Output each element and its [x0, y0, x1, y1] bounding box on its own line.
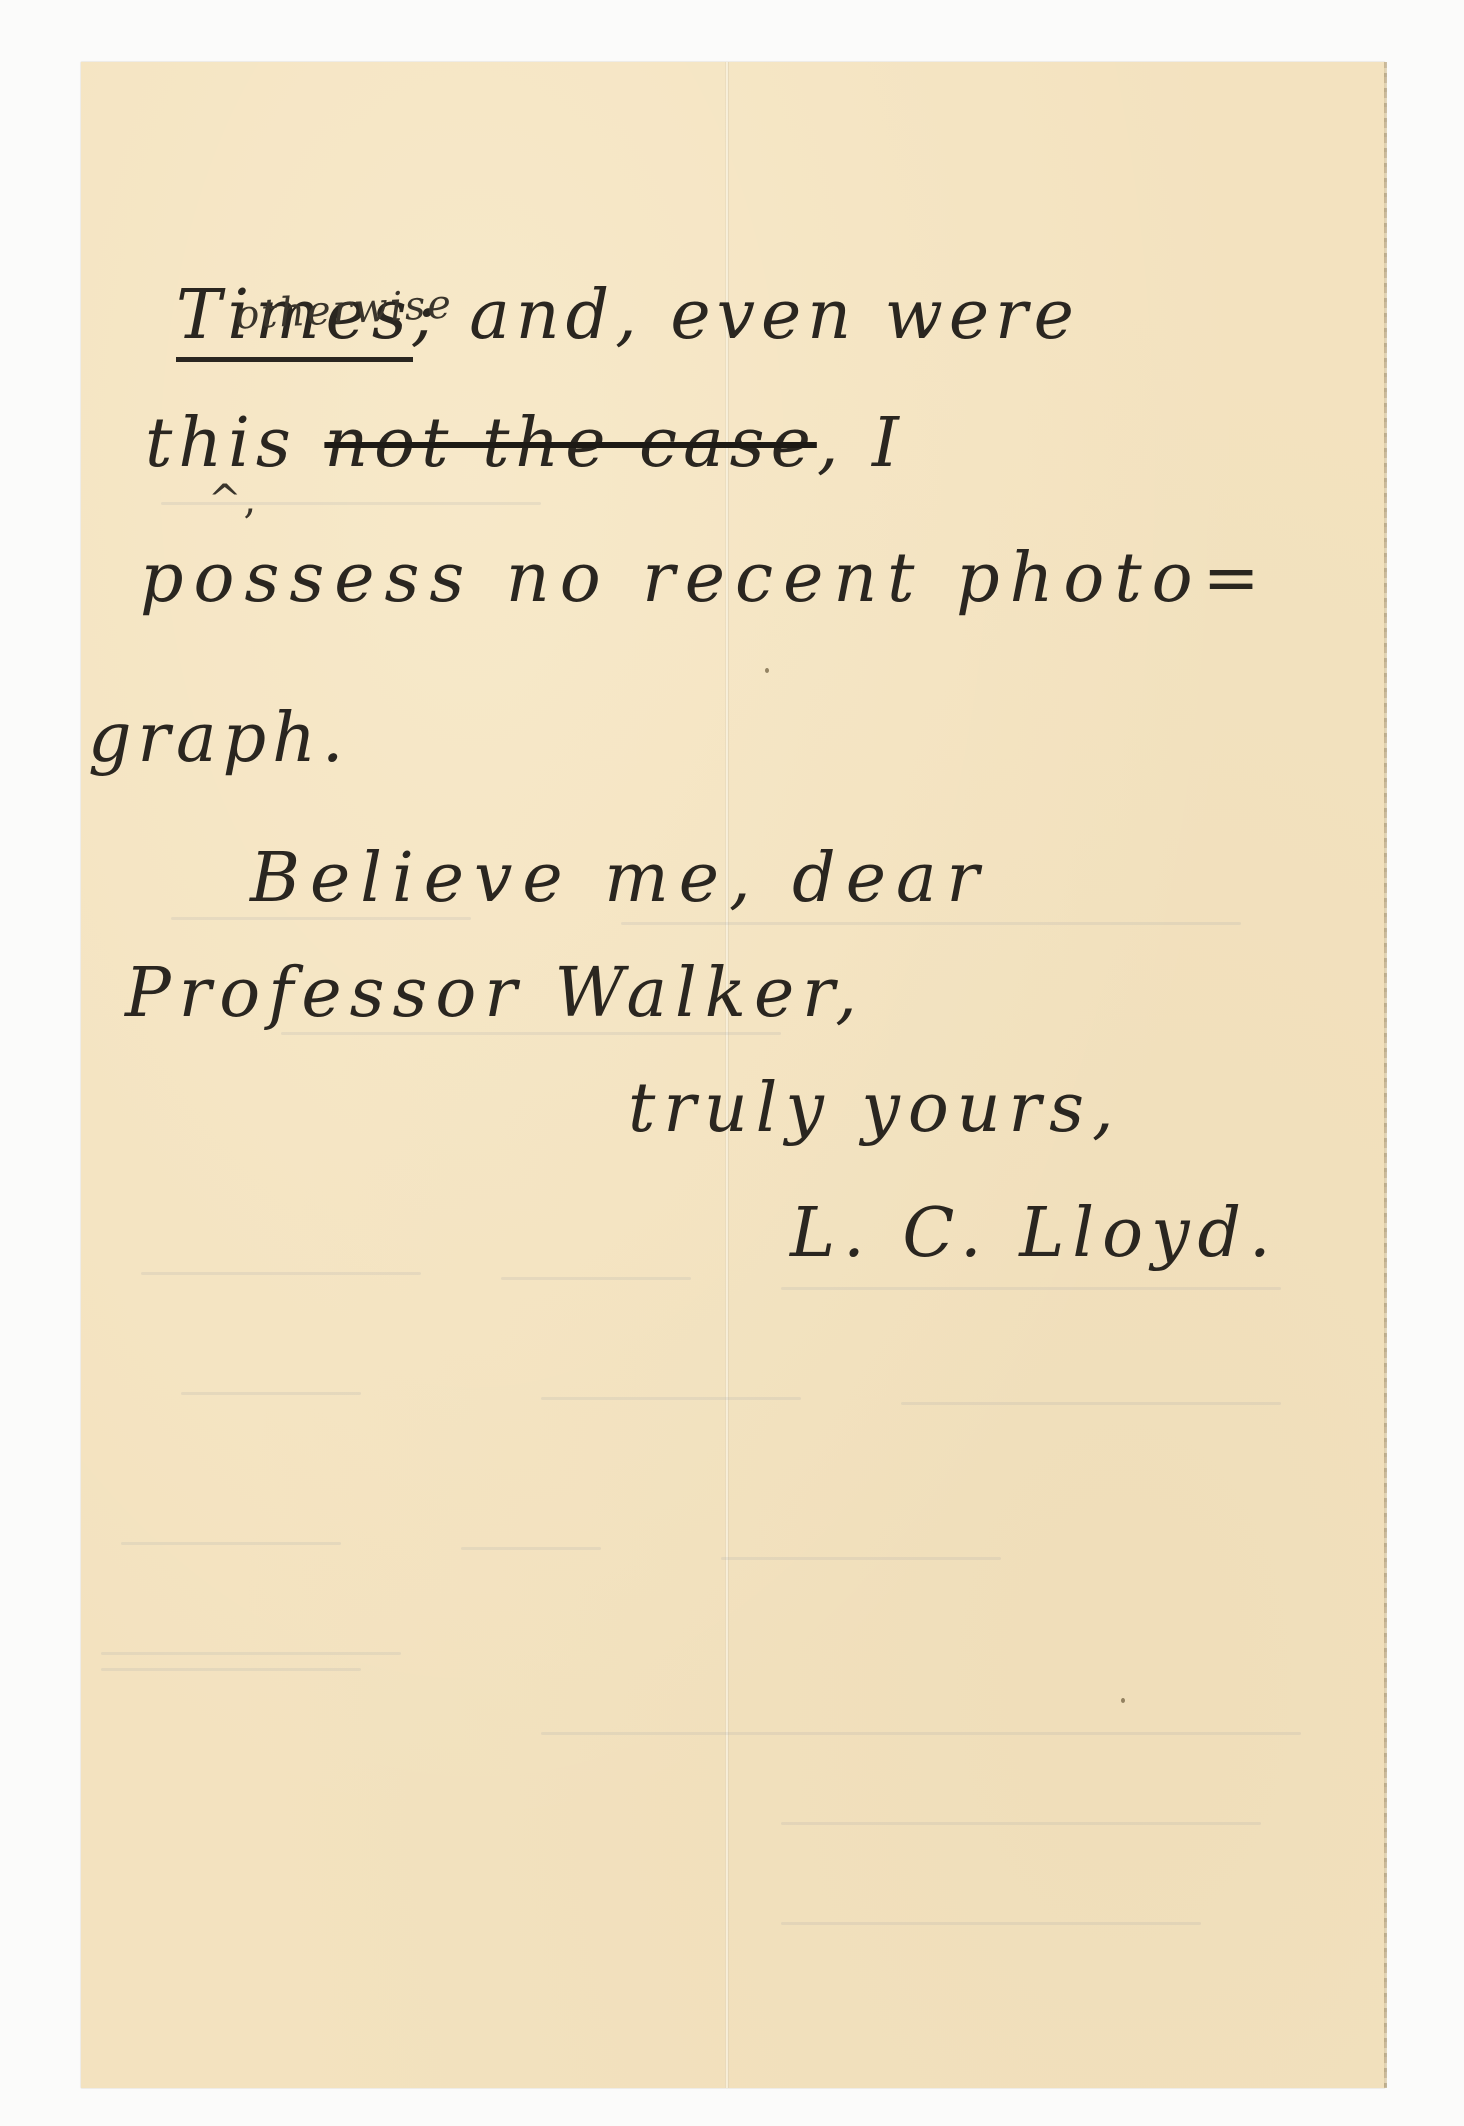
bleed-through-mark [781, 1822, 1261, 1825]
paper-speck [1121, 1698, 1125, 1703]
bleed-through-mark [101, 1652, 401, 1655]
bleed-through-mark [781, 1922, 1201, 1925]
closing-line-3: truly yours, [628, 1075, 1122, 1143]
closing-line-2: Professor Walker, [125, 960, 865, 1028]
struck-through-text: not the case [324, 404, 816, 483]
bleed-through-mark [541, 1732, 1301, 1735]
closing-line-1: Believe me, dear [250, 845, 989, 913]
bleed-through-mark [901, 1402, 1281, 1405]
insertion-otherwise: otherwise [234, 284, 454, 335]
line-2-word-this: this [145, 404, 297, 483]
bleed-through-mark [141, 1272, 421, 1275]
letter-line-2: this not the case, I [145, 410, 905, 478]
bleed-through-mark [621, 922, 1241, 925]
line-1-rest: ; and, even were [413, 276, 1080, 355]
bleed-through-mark [501, 1277, 691, 1280]
bleed-through-mark [541, 1397, 801, 1400]
bleed-through-mark [461, 1547, 601, 1550]
bleed-through-mark [181, 1392, 361, 1395]
letter-line-4: graph. [88, 705, 350, 773]
bleed-through-mark [721, 1557, 1001, 1560]
bleed-through-mark [781, 1287, 1281, 1290]
signature: L. C. Lloyd. [790, 1200, 1279, 1268]
deckled-edge [1384, 62, 1387, 2088]
caret-insertion-mark: ^, [208, 480, 258, 520]
bleed-through-mark [101, 1668, 361, 1671]
paper-speck [765, 668, 769, 673]
line-2-rest: , I [817, 404, 905, 483]
letter-line-3: possess no recent photo= [140, 545, 1270, 613]
bleed-through-mark [121, 1542, 341, 1545]
